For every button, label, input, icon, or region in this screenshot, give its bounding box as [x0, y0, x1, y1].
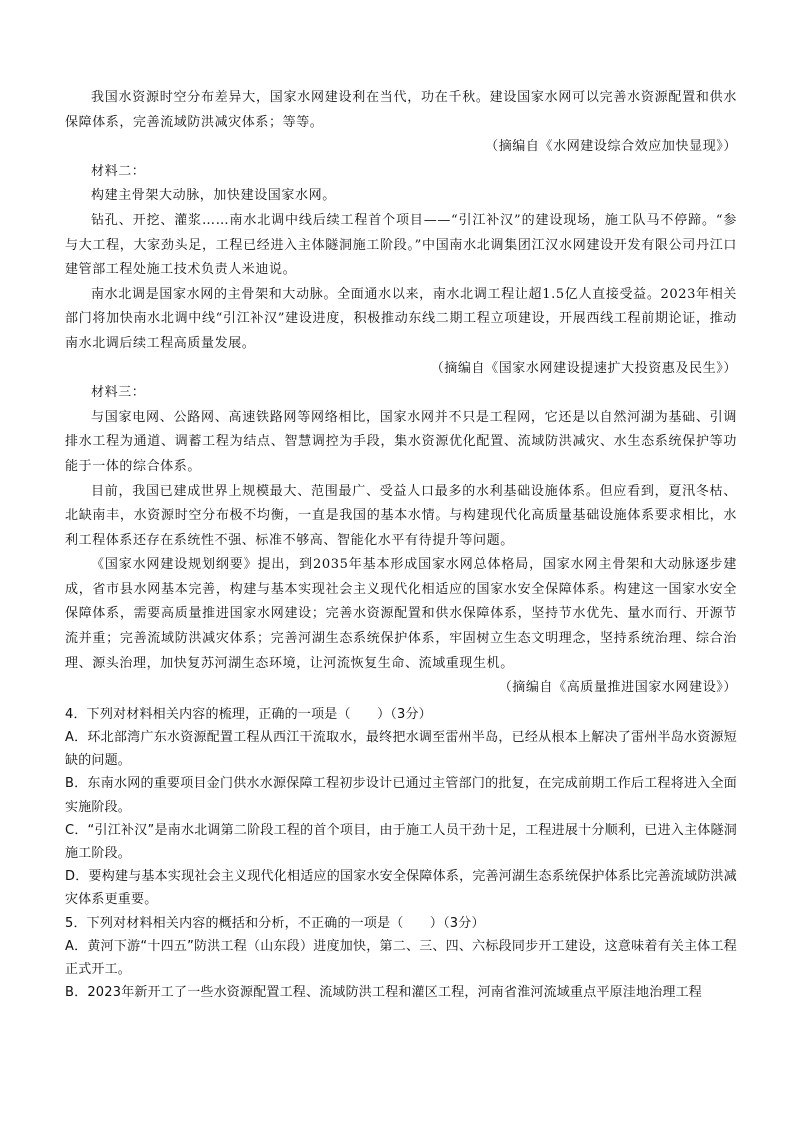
reading-materials: 我国水资源时空分布差异大，国家水网建设利在当代，功在千秋。建设国家水网可以完善水…	[65, 86, 737, 701]
question-5-stem: 5．下列对材料相关内容的概括和分析，不正确的一项是（ ）（3分）	[65, 912, 737, 935]
material-two-paragraph: 构建主骨架大动脉，加快建设国家水网。	[65, 184, 737, 209]
exam-page: 我国水资源时空分布差异大，国家水网建设利在当代，功在千秋。建设国家水网可以完善水…	[65, 86, 737, 1004]
material-three-paragraph: 《国家水网建设规划纲要》提出，到2035年基本形成国家水网总体格局，国家水网主骨…	[65, 553, 737, 676]
material-two-paragraph: 钻孔、开挖、灌浆……南水北调中线后续工程首个项目——“引江补汉”的建设现场，施工…	[65, 209, 737, 283]
material-three-paragraph: 目前，我国已建成世界上规模最大、范围最广、受益人口最多的水利基础设施体系。但应看…	[65, 480, 737, 554]
material-three-source: （摘编自《高质量推进国家水网建设》）	[65, 676, 737, 701]
question-section: 4．下列对材料相关内容的梳理，正确的一项是（ ）（3分） A．环北部湾广东水资源…	[65, 703, 737, 1005]
question-5-option-b: B．2023年新开工了一些水资源配置工程、流域防洪工程和灌区工程，河南省淮河流域…	[65, 981, 737, 1004]
material-two-label: 材料二：	[65, 160, 737, 185]
question-4-option-d: D．要构建与基本实现社会主义现代化相适应的国家水安全保障体系，完善河湖生态系统保…	[65, 865, 737, 911]
material-one-tail-paragraph: 我国水资源时空分布差异大，国家水网建设利在当代，功在千秋。建设国家水网可以完善水…	[65, 86, 737, 135]
material-two-paragraph: 南水北调是国家水网的主骨架和大动脉。全面通水以来，南水北调工程让超1.5亿人直接…	[65, 283, 737, 357]
material-three-paragraph: 与国家电网、公路网、高速铁路网等网络相比，国家水网并不只是工程网，它还是以自然河…	[65, 406, 737, 480]
question-4-stem: 4．下列对材料相关内容的梳理，正确的一项是（ ）（3分）	[65, 703, 737, 726]
question-5-option-a: A．黄河下游“十四五”防洪工程（山东段）进度加快，第二、三、四、六标段同步开工建…	[65, 935, 737, 981]
material-two-source: （摘编自《国家水网建设提速扩大投资惠及民生》）	[65, 357, 737, 382]
material-one-source: （摘编自《水网建设综合效应加快显现》）	[65, 135, 737, 160]
question-4-option-c: C．“引江补汉”是南水北调第二阶段工程的首个项目，由于施工人员干劲十足，工程进展…	[65, 819, 737, 865]
material-three-label: 材料三：	[65, 381, 737, 406]
question-4-option-a: A．环北部湾广东水资源配置工程从西江干流取水，最终把水调至雷州半岛，已经从根本上…	[65, 726, 737, 772]
question-4-option-b: B．东南水网的重要项目金门供水水源保障工程初步设计已通过主管部门的批复，在完成前…	[65, 772, 737, 818]
